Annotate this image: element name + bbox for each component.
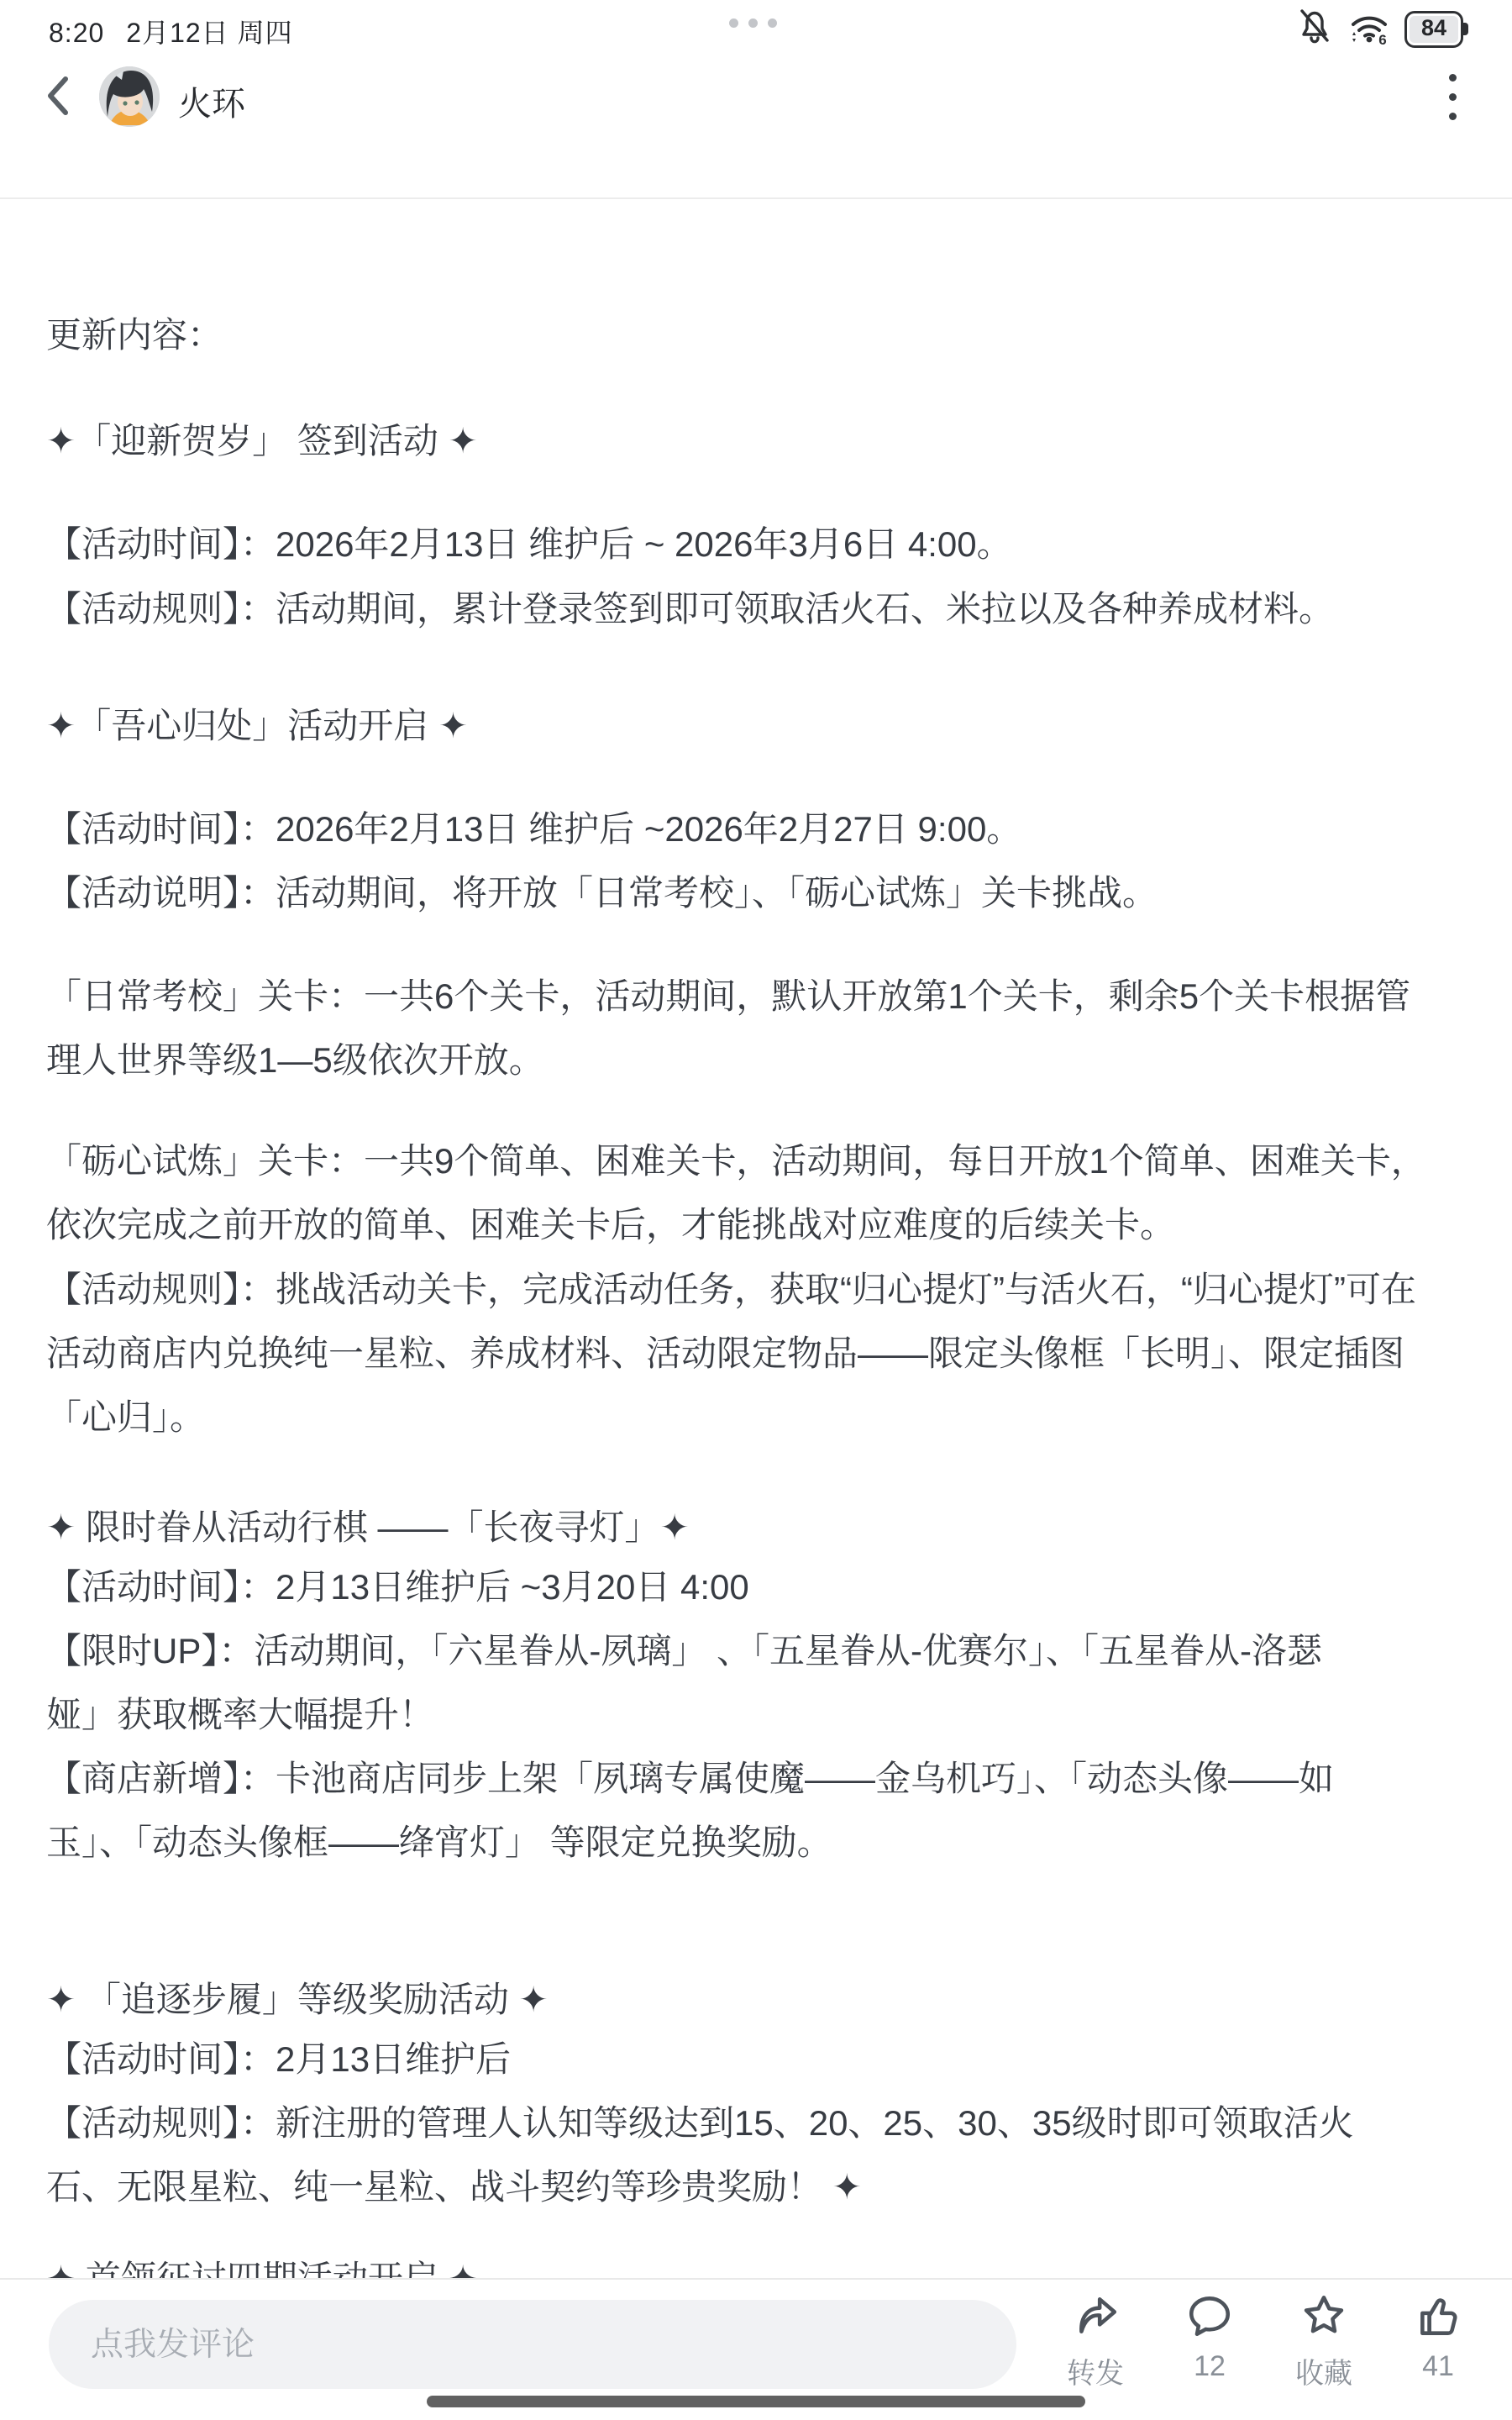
favorite-button[interactable]: 收藏 — [1265, 2291, 1383, 2391]
paragraph: 「砺心试炼」关卡：一共9个简单、困难关卡，活动期间，每日开放1个简单、困难关卡，… — [46, 1129, 1478, 1257]
comment-count: 12 — [1151, 2350, 1268, 2383]
section-heading: ✦「吾心归处」活动开启 ✦ — [46, 694, 1478, 758]
like-count: 41 — [1379, 2350, 1497, 2383]
post-content: 更新内容：✦「迎新贺岁」 签到活动 ✦【活动时间】：2026年2月13日 维护后… — [0, 0, 1512, 2278]
text-line: ✦ 「追逐步履」等级奖励活动 ✦ — [46, 1968, 1478, 2032]
comment-bubble-icon — [1151, 2291, 1268, 2340]
text-line: 娅」获取概率大幅提升！ — [46, 1683, 1478, 1747]
text-line: 【限时UP】：活动期间，「六星眷从-夙璃」 、「五星眷从-优赛尔」、「五星眷从-… — [46, 1619, 1478, 1683]
thumbs-up-icon — [1379, 2291, 1497, 2340]
text-line: 理人世界等级1—5级依次开放。 — [46, 1028, 1478, 1092]
text-line: 【商店新增】：卡池商店同步上架「夙璃专属使魔——金乌机巧」、「动态头像——如 — [46, 1747, 1478, 1811]
paragraph: 【活动规则】：挑战活动关卡，完成活动任务，获取“归心提灯”与活火石，“归心提灯”… — [46, 1258, 1478, 1449]
paragraph: 更新内容： — [46, 303, 1478, 367]
nav-divider — [0, 197, 1512, 199]
camera-notch-dots-icon — [729, 18, 777, 28]
text-line: ✦「迎新贺岁」 签到活动 ✦ — [46, 409, 1478, 473]
paragraph: 【活动规则】：新注册的管理人认知等级达到15、20、25、30、35级时即可领取… — [46, 2091, 1478, 2219]
text-line: 【活动时间】：2026年2月13日 维护后 ~ 2026年3月6日 4:00。 — [46, 513, 1478, 576]
paragraph: 【活动时间】：2月13日维护后 ~3月20日 4:00 — [46, 1555, 1478, 1619]
text-line: 【活动说明】：活动期间，将开放「日常考校」、「砺心试炼」关卡挑战。 — [46, 861, 1478, 925]
comment-input[interactable] — [89, 2300, 974, 2391]
text-line: 【活动规则】：挑战活动关卡，完成活动任务，获取“归心提灯”与活火石，“归心提灯”… — [46, 1258, 1478, 1322]
text-line: ✦ 首领征讨四期活动开启 ✦ — [46, 2247, 1478, 2278]
section-heading: ✦ 「追逐步履」等级奖励活动 ✦ — [46, 1968, 1478, 2032]
text-line: 【活动时间】：2月13日维护后 — [46, 2028, 1478, 2091]
text-line: 活动商店内兑换纯一星粒、养成材料、活动限定物品——限定头像框「长明」、限定插图 — [46, 1322, 1478, 1386]
paragraph: 【活动时间】：2026年2月13日 维护后 ~2026年2月27日 9:00。 — [46, 797, 1478, 861]
app-screen: 更新内容：✦「迎新贺岁」 签到活动 ✦【活动时间】：2026年2月13日 维护后… — [0, 0, 1512, 2420]
username-label[interactable]: 火环 — [178, 77, 245, 125]
back-icon[interactable] — [44, 72, 72, 119]
text-line: 【活动时间】：2月13日维护后 ~3月20日 4:00 — [46, 1555, 1478, 1619]
paragraph: 【商店新增】：卡池商店同步上架「夙璃专属使魔——金乌机巧」、「动态头像——如玉」… — [46, 1747, 1478, 1875]
status-icons: 6 84 — [1295, 7, 1468, 50]
text-line: 更新内容： — [46, 303, 1478, 367]
text-line: 【活动时间】：2026年2月13日 维护后 ~2026年2月27日 9:00。 — [46, 797, 1478, 861]
star-icon — [1265, 2291, 1383, 2340]
text-line: 【活动规则】：活动期间，累计登录签到即可领取活火石、米拉以及各种养成材料。 — [46, 577, 1478, 641]
text-line: 石、无限星粒、纯一星粒、战斗契约等珍贵奖励！ ✦ — [46, 2155, 1478, 2219]
home-indicator[interactable] — [427, 2396, 1085, 2407]
share-icon — [1037, 2291, 1154, 2340]
nav-bar: 火环 — [0, 55, 1512, 142]
battery-icon: 84 — [1404, 11, 1468, 46]
comment-input-pill[interactable] — [49, 2300, 1016, 2389]
battery-percent: 84 — [1407, 15, 1461, 41]
text-line: 【活动规则】：新注册的管理人认知等级达到15、20、25、30、35级时即可领取… — [46, 2091, 1478, 2155]
paragraph: 【活动规则】：活动期间，累计登录签到即可领取活火石、米拉以及各种养成材料。 — [46, 577, 1478, 641]
text-line: 「砺心试炼」关卡：一共9个简单、困难关卡，活动期间，每日开放1个简单、困难关卡， — [46, 1129, 1478, 1193]
section-heading: ✦「迎新贺岁」 签到活动 ✦ — [46, 409, 1478, 473]
status-bar: 8:202月12日 周四 6 — [0, 0, 1512, 55]
text-line: 「日常考校」关卡：一共6个关卡，活动期间，默认开放第1个关卡，剩余5个关卡根据管 — [46, 965, 1478, 1028]
svg-text:6: 6 — [1378, 32, 1386, 45]
text-line: ✦ 限时眷从活动行棋 ——「长夜寻灯」✦ — [46, 1496, 1478, 1560]
paragraph: 「日常考校」关卡：一共6个关卡，活动期间，默认开放第1个关卡，剩余5个关卡根据管… — [46, 965, 1478, 1092]
share-label: 转发 — [1037, 2350, 1154, 2391]
date-label: 2月12日 周四 — [126, 18, 292, 48]
text-line: 玉」、「动态头像框——绛宵灯」 等限定兑换奖励。 — [46, 1811, 1478, 1875]
paragraph: 【活动时间】：2026年2月13日 维护后 ~ 2026年3月6日 4:00。 — [46, 513, 1478, 576]
text-line: ✦「吾心归处」活动开启 ✦ — [46, 694, 1478, 758]
text-line: 依次完成之前开放的简单、困难关卡后，才能挑战对应难度的后续关卡。 — [46, 1193, 1478, 1257]
comment-button[interactable]: 12 — [1151, 2291, 1268, 2383]
status-datetime: 8:202月12日 周四 — [49, 12, 293, 50]
text-line: 「心归」。 — [46, 1386, 1478, 1449]
clock: 8:20 — [49, 18, 104, 48]
paragraph: 【活动时间】：2月13日维护后 — [46, 2028, 1478, 2091]
favorite-label: 收藏 — [1265, 2350, 1383, 2391]
section-heading: ✦ 首领征讨四期活动开启 ✦ — [46, 2247, 1478, 2278]
more-menu-icon[interactable] — [1449, 74, 1457, 120]
wifi-6-icon: 6 — [1347, 7, 1391, 50]
like-button[interactable]: 41 — [1379, 2291, 1497, 2383]
bottom-action-bar: 转发 12 收藏 — [0, 2278, 1512, 2420]
avatar[interactable] — [99, 66, 160, 127]
section-heading: ✦ 限时眷从活动行棋 ——「长夜寻灯」✦ — [46, 1496, 1478, 1560]
share-button[interactable]: 转发 — [1037, 2291, 1154, 2391]
mute-bell-icon — [1295, 7, 1334, 50]
paragraph: 【限时UP】：活动期间，「六星眷从-夙璃」 、「五星眷从-优赛尔」、「五星眷从-… — [46, 1619, 1478, 1747]
paragraph: 【活动说明】：活动期间，将开放「日常考校」、「砺心试炼」关卡挑战。 — [46, 861, 1478, 925]
